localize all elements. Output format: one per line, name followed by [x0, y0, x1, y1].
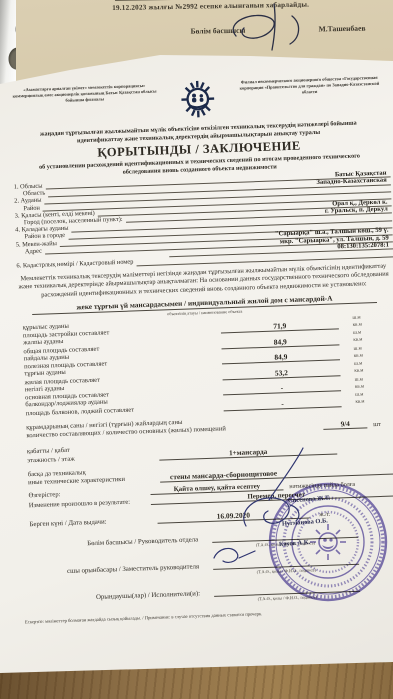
signer-role: Бөлім басшысы	[190, 26, 245, 36]
signature-role: сшы орынбасары / Заместитель руководител…	[17, 560, 199, 576]
photo-of-document: { "background_doc": { "registration_line…	[0, 0, 393, 699]
footnote: Ескертпе: мәліметтер болмаған жағдайда с…	[25, 606, 393, 624]
count-unit: шт	[367, 421, 393, 429]
round-official-stamp	[266, 480, 390, 604]
rooms-count-value: 9/4	[323, 420, 367, 431]
measure-value: -	[223, 397, 341, 411]
unit-ru: кв.м	[355, 398, 389, 407]
unit-ru: кв.м	[353, 336, 387, 345]
field-label: Адрес	[16, 248, 45, 255]
floors-value: 1+мансарда	[159, 445, 337, 460]
signer-name: М.Ташенбаев	[318, 24, 365, 34]
field-label: 6. Кадастрлық нөмірі / Кадастровый номер	[16, 259, 136, 270]
signature-role: Бөлім басшысы / Руководитель отдела	[16, 533, 198, 549]
org-name-kazakh: «Азаматтарға арналған үкімет» мемлекетті…	[8, 82, 161, 105]
org-name-russian: Филиал некоммерческого акционерного обще…	[233, 75, 386, 98]
identification-fields: 1. ОблысыБатыс Қазақстан ОбластьЗападно-…	[14, 171, 393, 270]
government-for-citizens-logo-icon	[175, 78, 220, 120]
unit-ru: кв.м	[355, 383, 389, 392]
unit-ru: кв.м	[353, 321, 387, 330]
document-header: «Азаматтарға арналған үкімет» мемлекетті…	[0, 66, 393, 128]
unit-ru: кв.м	[354, 367, 388, 376]
measurements-table: құрылыс ауданыплощадь застройки составля…	[23, 312, 393, 418]
registration-line: 19.12.2023 жылғы №2992 есепке алынғанын …	[112, 1, 309, 12]
date-label: Берген күні / Дата выдачи:	[29, 517, 157, 528]
unit-ru: кв.м	[354, 352, 388, 361]
signature-role: Орындаушы(лар) / Исполнители(и):	[18, 587, 200, 603]
